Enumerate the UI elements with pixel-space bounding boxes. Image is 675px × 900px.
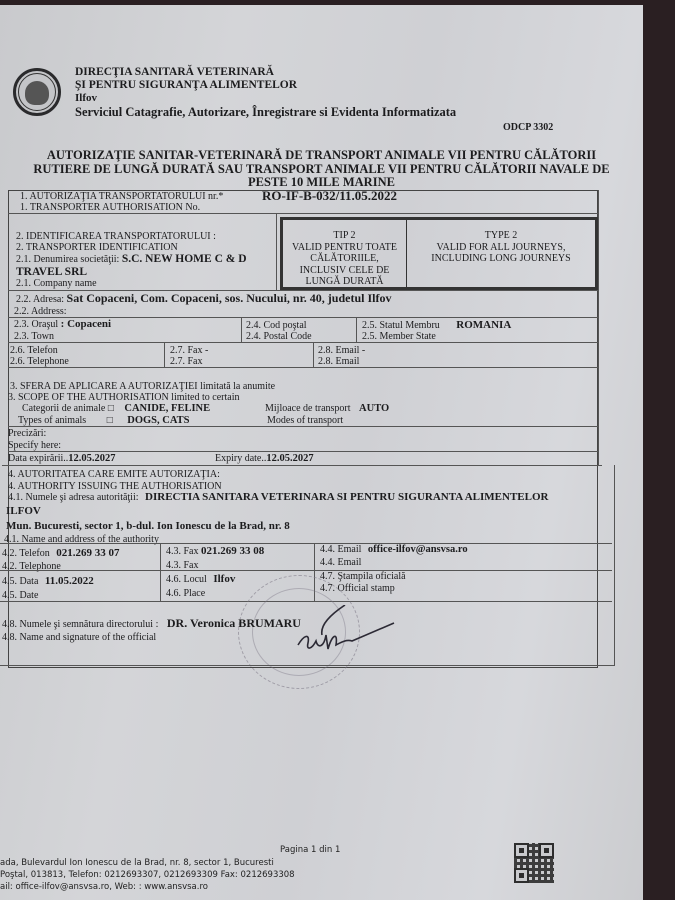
footer-address-line1: ada, Bulevardul Ion Ionescu de la Brad, …: [0, 858, 274, 868]
divider: [8, 451, 598, 452]
divider: [313, 342, 314, 367]
director-row: 4.8. Numele şi semnătura directorului : …: [2, 618, 301, 631]
auth-phone-row: 4.2. Telefon 021.269 33 07: [2, 548, 119, 560]
divider: [8, 342, 598, 343]
form-code: ODCP 3302: [503, 122, 553, 133]
signature-icon: [290, 605, 400, 680]
animals-label-en: Types of animals: [18, 415, 86, 426]
type-ro-line: VALID PENTRU TOATE: [283, 242, 406, 254]
divider: [0, 570, 612, 571]
stamp-label-ro: 4.7. Ştampila oficială: [320, 571, 406, 583]
checkbox-icon[interactable]: □: [107, 415, 113, 426]
transporter-type-box: TIP 2 VALID PENTRU TOATE CĂLĂTORIILE, IN…: [280, 217, 598, 290]
divider: [160, 543, 161, 601]
auth-date-label-ro: 4.5. Data: [2, 576, 38, 587]
divider: [0, 543, 612, 544]
animals-label-ro: Categorii de animale: [22, 403, 105, 414]
town-value: : Copaceni: [61, 318, 111, 330]
auth-place-label-ro: 4.6. Locul: [166, 574, 207, 585]
company-label-en: 2.1. Company name: [16, 278, 97, 290]
animals-en-row: Types of animals □ DOGS, CATS: [18, 415, 189, 427]
transport-value: AUTO: [359, 403, 389, 414]
company-name-row: 2.1. Denumirea societăţii: S.C. NEW HOME…: [16, 254, 247, 266]
authority-name-row: 4.1. Numele şi adresa autorităţii: DIREC…: [8, 492, 548, 504]
transport-label-ro: Mijloace de transport: [265, 403, 351, 414]
fax-label-ro: 2.7. Fax -: [170, 345, 208, 357]
company-value-1: S.C. NEW HOME C & D: [122, 253, 247, 265]
divider: [8, 213, 598, 214]
divider: [8, 426, 598, 427]
animals-value-en: DOGS, CATS: [127, 415, 189, 426]
auth-date-row: 4.5. Data 11.05.2022: [2, 576, 94, 588]
auth-date-value: 11.05.2022: [45, 575, 94, 587]
divider: [8, 367, 598, 368]
qr-code-icon: [514, 843, 554, 883]
divider: [241, 317, 242, 342]
postal-label-ro: 2.4. Cod poştal: [246, 320, 307, 332]
authority-address-value: Mun. Bucuresti, sector 1, b-dul. Ion Ion…: [6, 520, 290, 532]
address-label-ro: 2.2. Adresa:: [16, 294, 64, 305]
director-value: DR. Veronica BRUMARU: [167, 616, 301, 630]
s2-heading-en: 2. TRANSPORTER IDENTIFICATION: [16, 242, 178, 254]
company-label-ro: 2.1. Denumirea societăţii:: [16, 254, 119, 265]
page-number: Pagina 1 din 1: [280, 845, 340, 855]
specify-label-ro: Precizări:: [8, 428, 46, 440]
auth-fax-row: 4.3. Fax 021.269 33 08: [166, 546, 264, 558]
auth-place-row: 4.6. Locul Ilfov: [166, 574, 235, 586]
address-label-en: 2.2. Address:: [14, 306, 67, 318]
form-bottom-border: [0, 665, 615, 666]
auth-email-row: 4.4. Email office-ilfov@ansvsa.ro: [320, 544, 468, 556]
auth-email-label-ro: 4.4. Email: [320, 544, 361, 555]
type-en: TYPE 2 VALID FOR ALL JOURNEYS, INCLUDING…: [407, 220, 595, 287]
org-name-line2: ŞI PENTRU SIGURANŢA ALIMENTELOR: [75, 79, 297, 92]
company-value-2: TRAVEL SRL: [16, 266, 87, 278]
town-label-en: 2.3. Town: [14, 331, 54, 343]
checkbox-icon[interactable]: □: [108, 403, 114, 414]
s3-heading-en: 3. SCOPE OF THE AUTHORISATION limited to…: [8, 392, 239, 404]
member-label-en: 2.5. Member State: [362, 331, 436, 343]
divider: [276, 213, 277, 290]
type-en-line: TYPE 2: [407, 230, 595, 242]
title-line1: AUTORIZAŢIE SANITAR-VETERINARĂ DE TRANSP…: [0, 149, 643, 163]
type-ro-line: TIP 2: [283, 230, 406, 242]
auth-phone-value: 021.269 33 07: [56, 547, 119, 559]
expiry-label-en: Expiry date..: [215, 453, 266, 464]
divider: [614, 465, 615, 665]
transport-label-en: Modes of transport: [267, 415, 343, 427]
address-value: Sat Copaceni, Com. Copaceni, sos. Nuculu…: [67, 291, 392, 305]
expiry-ro-row: Data expirării..12.05.2027: [8, 453, 116, 465]
specify-label-en: Specify here:: [8, 440, 61, 452]
footer-address-line3: ail: office-ilfov@ansvsa.ro, Web: : www.…: [0, 882, 208, 892]
title-line2: RUTIERE DE LUNGĂ DURATĂ SAU TRANSPORT AN…: [0, 163, 643, 177]
auth-date-label-en: 4.5. Date: [2, 590, 38, 602]
member-row: 2.5. Statul Membru ROMANIA: [362, 320, 511, 332]
director-label-en: 4.8. Name and signature of the official: [2, 632, 156, 644]
type-ro-line: INCLUSIV CELE DE: [283, 265, 406, 277]
org-county: Ilfov: [75, 92, 97, 105]
s1-label-en: 1. TRANSPORTER AUTHORISATION No.: [20, 202, 200, 214]
divider: [164, 342, 165, 367]
document-title: AUTORIZAŢIE SANITAR-VETERINARĂ DE TRANSP…: [0, 149, 643, 190]
type-en-line: VALID FOR ALL JOURNEYS,: [407, 242, 595, 254]
town-row: 2.3. Oraşul : Copaceni: [14, 319, 111, 331]
authorisation-number: RO-IF-B-032/11.05.2022: [262, 188, 397, 204]
animals-ro-row: Categorii de animale □ CANIDE, FELINE: [22, 403, 210, 415]
type-ro: TIP 2 VALID PENTRU TOATE CĂLĂTORIILE, IN…: [283, 220, 407, 287]
romanian-government-seal-icon: [13, 68, 61, 116]
auth-email-label-en: 4.4. Email: [320, 557, 361, 569]
expiry-value-en: 12.05.2027: [266, 453, 313, 464]
phone-label-ro: 2.6. Telefon: [10, 345, 58, 357]
member-label-ro: 2.5. Statul Membru: [362, 320, 440, 331]
email-label-en: 2.8. Email: [318, 356, 359, 368]
type-ro-line: CĂLĂTORIILE,: [283, 253, 406, 265]
expiry-label-ro: Data expirării..: [8, 453, 68, 464]
auth-fax-label-ro: 4.3. Fax: [166, 546, 199, 557]
document-page: DIRECŢIA SANITARĂ VETERINARĂ ŞI PENTRU S…: [0, 5, 643, 900]
divider: [2, 465, 602, 466]
type-ro-line: LUNGĂ DURATĂ: [283, 276, 406, 288]
expiry-en-row: Expiry date..12.05.2027: [215, 453, 314, 465]
s1-label-ro: 1. AUTORIZAŢIA TRANSPORTATORULUI nr.*: [20, 191, 223, 203]
address-row: 2.2. Adresa: Sat Copaceni, Com. Copaceni…: [16, 293, 391, 306]
authority-name-value-1: DIRECTIA SANITARA VETERINARA SI PENTRU S…: [145, 491, 548, 503]
director-label-ro: 4.8. Numele şi semnătura directorului :: [2, 619, 158, 630]
email-label-ro: 2.8. Email -: [318, 345, 365, 357]
s2-heading-ro: 2. IDENTIFICAREA TRANSPORTATORULUI :: [16, 231, 216, 243]
divider: [356, 317, 357, 342]
fax-label-en: 2.7. Fax: [170, 356, 203, 368]
animals-value-ro: CANIDE, FELINE: [124, 403, 210, 414]
transport-row: Mijloace de transport AUTO: [265, 403, 389, 415]
auth-fax-value: 021.269 33 08: [201, 545, 264, 557]
authority-name-label-ro: 4.1. Numele şi adresa autorităţii:: [8, 492, 139, 503]
member-value: ROMANIA: [456, 319, 511, 331]
org-name-line1: DIRECŢIA SANITARĂ VETERINARĂ: [75, 66, 274, 79]
phone-label-en: 2.6. Telephone: [10, 356, 69, 368]
footer-address-line2: Poştal, 013813, Telefon: 0212693307, 021…: [0, 870, 295, 880]
type-en-line: INCLUDING LONG JOURNEYS: [407, 253, 595, 265]
s3-heading-ro: 3. SFERA DE APLICARE A AUTORIZAŢIEI limi…: [10, 381, 275, 393]
s4-heading-ro: 4. AUTORITATEA CARE EMITE AUTORIZAŢIA:: [8, 469, 220, 481]
auth-email-value: office-ilfov@ansvsa.ro: [368, 544, 468, 555]
divider: [598, 190, 599, 465]
expiry-value-ro: 12.05.2027: [68, 453, 115, 464]
auth-place-label-en: 4.6. Place: [166, 588, 205, 600]
postal-label-en: 2.4. Postal Code: [246, 331, 312, 343]
authority-name-value-2: ILFOV: [6, 505, 41, 517]
service-name: Serviciul Catagrafie, Autorizare, Înregi…: [75, 106, 456, 119]
town-label-ro: 2.3. Oraşul: [14, 319, 58, 330]
auth-place-value: Ilfov: [213, 573, 235, 585]
auth-phone-label-ro: 4.2. Telefon: [2, 548, 50, 559]
